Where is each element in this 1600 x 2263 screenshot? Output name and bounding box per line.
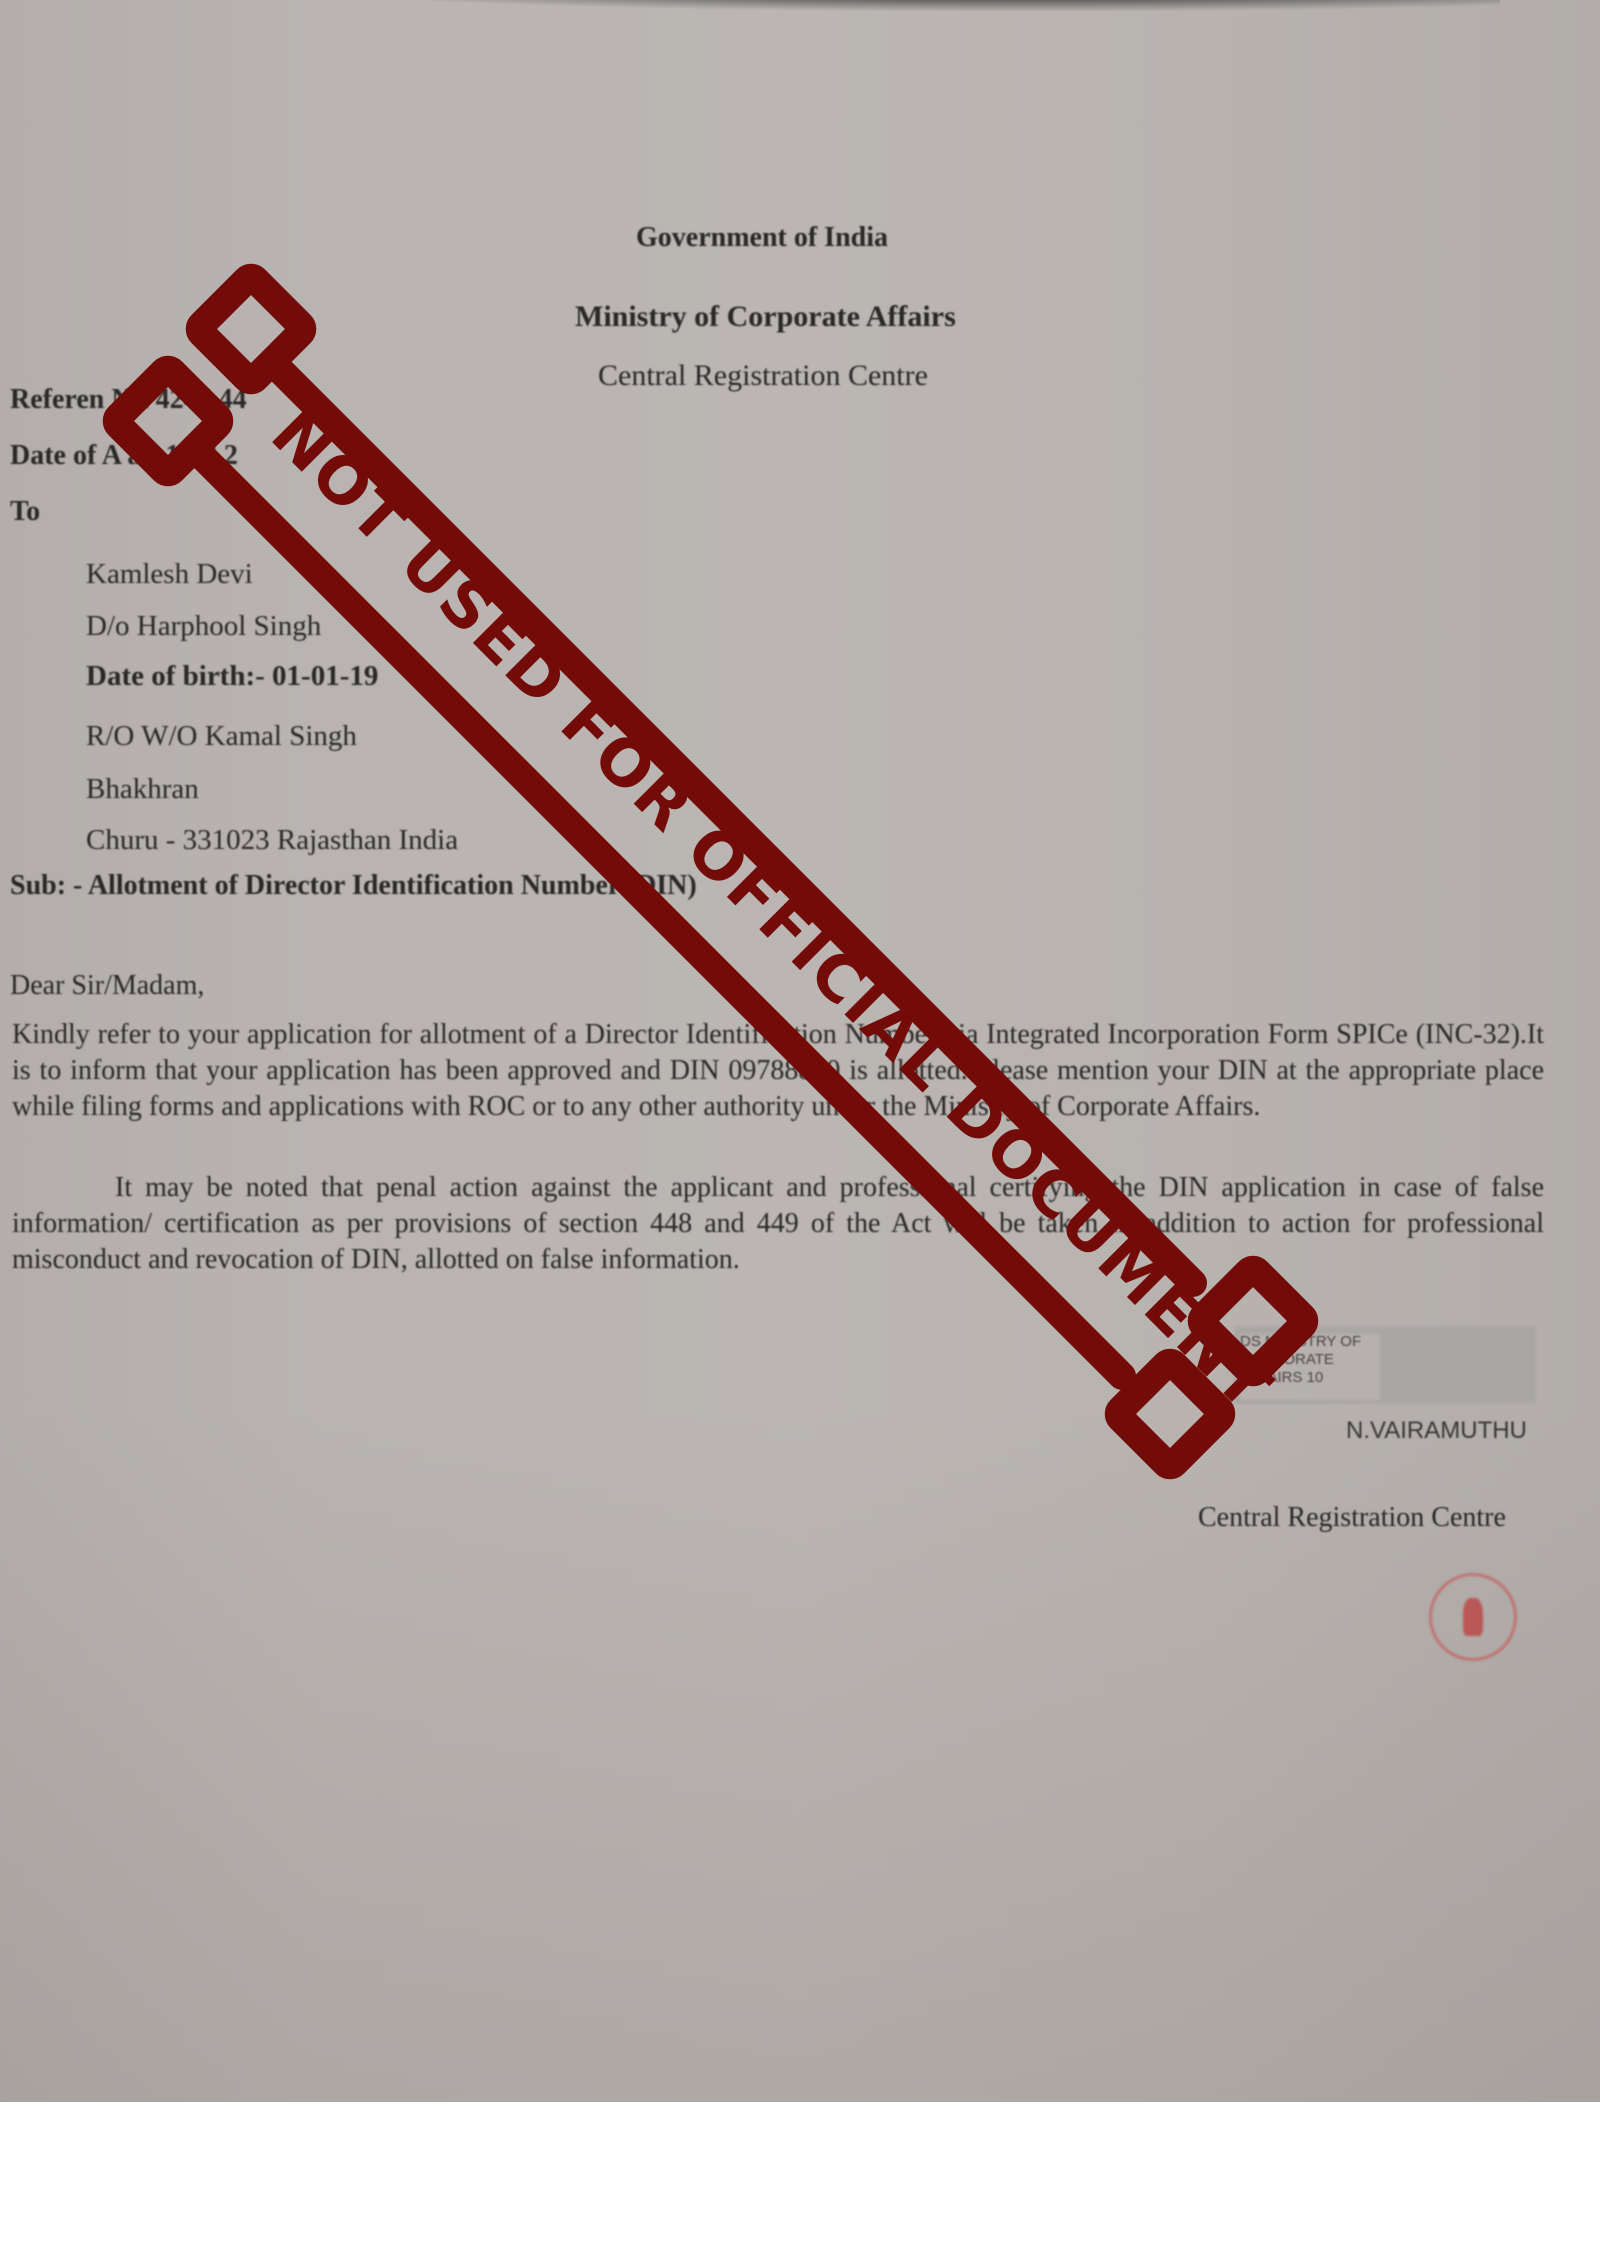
letterhead-centre: Central Registration Centre [598, 359, 928, 393]
national-emblem-icon [1463, 1598, 1483, 1636]
body-paragraph-1: Kindly refer to your application for all… [12, 1017, 1544, 1125]
digital-signature-text: DS MINISTRY OF CORPORATE AFFAIRS 10 [1240, 1333, 1380, 1387]
signature-office: Central Registration Centre [1198, 1502, 1506, 1534]
letterhead-ministry: Ministry of Corporate Affairs [575, 300, 956, 334]
approval-date: Date of A al: 12-2 2 [10, 440, 238, 472]
subject-line: Sub: - Allotment of Director Identificat… [10, 870, 697, 902]
addressee-village: Bhakhran [86, 773, 199, 806]
emblem-seal-icon [1429, 1573, 1517, 1661]
letterhead-government: Government of India [636, 222, 888, 254]
reference-number: Referen N F4245 44 [10, 384, 247, 416]
to-label: To [10, 496, 40, 528]
salutation: Dear Sir/Madam, [10, 970, 204, 1002]
addressee-dob: Date of birth:- 01-01-19 [86, 660, 378, 693]
addressee-residence: R/O W/O Kamal Singh [86, 720, 357, 753]
body-paragraph-2: It may be noted that penal action agains… [12, 1170, 1544, 1278]
addressee-name: Kamlesh Devi [86, 558, 253, 591]
addressee-city: Churu - 331023 Rajasthan India [86, 824, 458, 857]
signer-name: N.VAIRAMUTHU [1346, 1417, 1527, 1445]
addressee-relation: D/o Harphool Singh [86, 610, 321, 643]
document-photo: Government of India Ministry of Corporat… [0, 0, 1600, 2102]
top-edge-shadow [300, 0, 1500, 12]
